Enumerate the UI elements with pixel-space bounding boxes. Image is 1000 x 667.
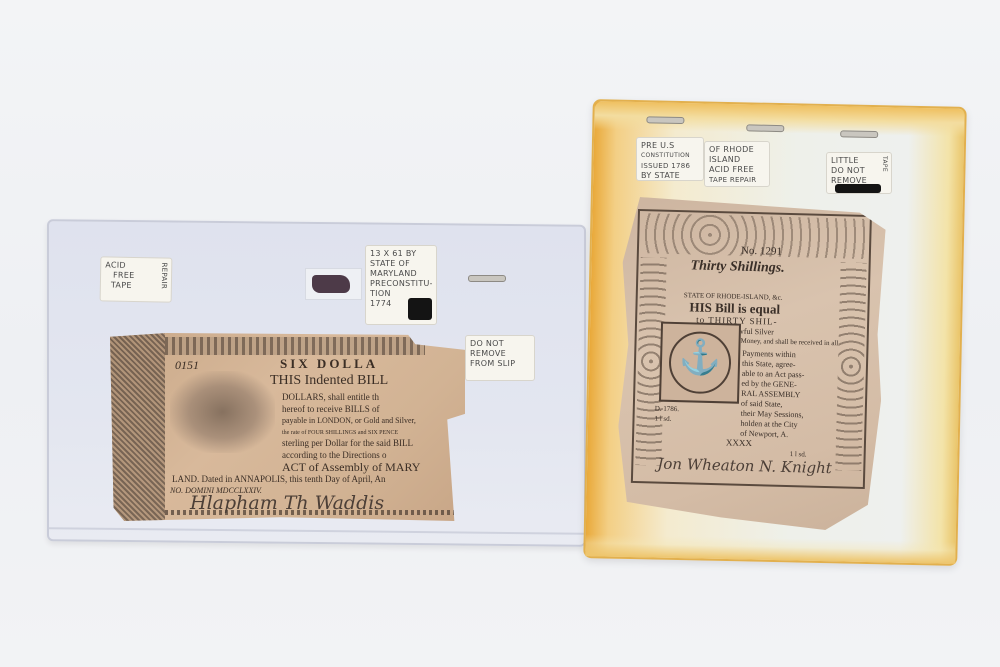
label-line: By State xyxy=(641,171,699,181)
label-line: Acid Free xyxy=(709,165,765,175)
label-line: Pre U.S xyxy=(641,141,699,151)
scroll-ornament-right xyxy=(835,262,866,471)
specimen-holder xyxy=(305,268,362,300)
ornamental-border-top xyxy=(165,337,425,355)
label-line: Do not xyxy=(470,339,530,349)
label-acid-free: Acid Free Tape Repair xyxy=(100,256,173,302)
label-line: of Rhode xyxy=(709,145,765,155)
figures-vignette xyxy=(170,371,275,453)
note-text-line: payable in LONDON, or Gold and Silver, xyxy=(282,415,416,427)
label-line: Remove xyxy=(470,349,530,359)
note-text-line: ACT of Assembly of MARY xyxy=(282,461,420,473)
anchor-icon: ⚓ xyxy=(662,338,739,380)
redaction-mark xyxy=(835,184,881,193)
redaction-mark xyxy=(408,298,432,320)
sleeve-bottom-band xyxy=(585,534,955,564)
anchor-seal: ⚓ xyxy=(659,322,741,404)
sleeve-clip xyxy=(840,130,878,138)
note-signatures: Hlapham Th Waddis xyxy=(190,493,384,513)
label-line: Island xyxy=(709,155,765,165)
sleeve-lip xyxy=(49,527,584,535)
label-side-text: Tape xyxy=(879,156,889,172)
note-signatures: Jon Wheaton N. Knight xyxy=(657,456,832,477)
ornamental-border-left xyxy=(110,333,165,521)
note-denomination: Thirty Shillings. xyxy=(690,260,784,273)
label-pre-us-constitution: Pre U.S Constitution Issued 1786 By Stat… xyxy=(636,137,704,181)
label-line: Maryland xyxy=(370,269,432,279)
label-rhode-island: of Rhode Island Acid Free Tape Repair xyxy=(704,141,770,187)
label-line: Tape Repair xyxy=(709,175,765,185)
note-text-line: sterling per Dollar for the said BILL xyxy=(282,437,413,449)
specimen-fragment xyxy=(312,275,350,293)
note-serial: 0151 xyxy=(175,359,199,371)
label-little-do-not-remove: Little do not Remove Tape xyxy=(826,152,892,194)
note-text-line: hereof to receive BILLS of xyxy=(282,403,379,415)
note-serial: No. 1291 xyxy=(741,246,782,258)
label-line: Constitution xyxy=(641,151,699,161)
label-line: 13 x 61 By xyxy=(370,249,432,259)
note-text-line: THIS Indented BILL xyxy=(270,375,388,387)
label-line: PreConstitu- xyxy=(370,279,432,289)
label-maryland-info: 13 x 61 By State of Maryland PreConstitu… xyxy=(365,245,437,325)
note-text-line: DOLLARS, shall entitle th xyxy=(282,391,379,403)
sleeve-clip xyxy=(646,116,684,124)
note-text-line: 1 l sd. xyxy=(654,413,671,424)
label-side-text: Repair xyxy=(159,262,169,289)
note-denomination: SIX DOLLA xyxy=(280,358,378,370)
note-text-line: XXXX xyxy=(726,437,752,449)
note-text-line: LAND. Dated in ANNAPOLIS, this tenth Day… xyxy=(172,473,386,485)
sleeve-clip xyxy=(746,124,784,132)
maryland-six-dollar-note: 0151 SIX DOLLA THIS Indented BILL DOLLAR… xyxy=(110,333,465,521)
rhode-island-thirty-shillings-note: No. 1291 Thirty Shillings. STATE OF RHOD… xyxy=(616,197,886,532)
label-line: Tape xyxy=(105,280,167,291)
label-do-not-remove: Do not Remove From Slip xyxy=(465,335,535,381)
label-line: Issued 1786 xyxy=(641,161,699,171)
label-line: From Slip xyxy=(470,359,530,369)
sleeve-clip xyxy=(468,275,506,282)
label-line: State of xyxy=(370,259,432,269)
